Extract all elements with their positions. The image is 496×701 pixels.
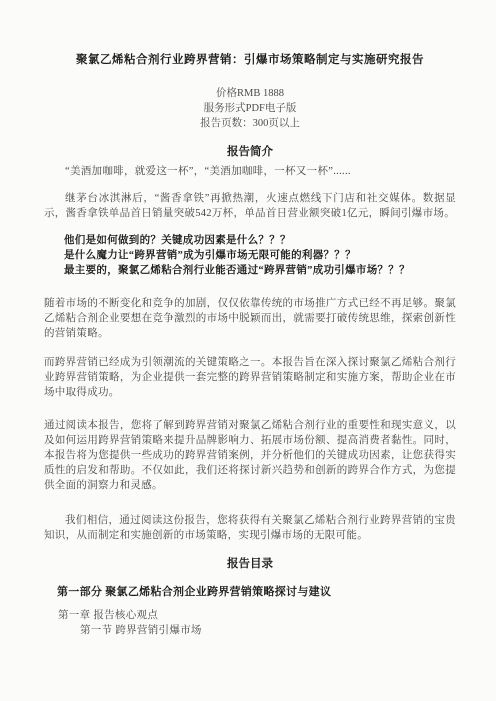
question-line-1: 他们是如何做到的？关键成功因素是什么？？？ [64,233,456,248]
intro-heading: 报告简介 [44,145,456,160]
report-page: 聚氯乙烯粘合剂行业跨界营销：引爆市场策略制定与实施研究报告 价格RMB 1888… [0,0,496,701]
intro-paragraph-4: 我们相信，通过阅读这份报告，您将获得有关聚氯乙烯粘合剂行业跨界营销的宝贵知识，从… [44,513,456,543]
report-meta: 价格RMB 1888 服务形式PDF电子版 报告页数：300页以上 [44,86,456,131]
key-questions: 他们是如何做到的？关键成功因素是什么？？？ 是什么魔力让“跨界营销”成为引爆市场… [64,233,456,278]
intro-paragraph-1: 随着市场的不断变化和竞争的加剧，仅仅依靠传统的市场推广方式已经不再足够。聚氯乙烯… [44,296,456,341]
intro-quote: “美酒加咖啡，就爱这一杯”，“美酒加咖啡，一杯又一杯”...... [44,164,456,179]
intro-paragraph-3: 通过阅读本报告，您将了解到跨界营销对聚氯乙烯粘合剂行业的重要性和现实意义，以及如… [44,418,456,493]
price-line: 价格RMB 1888 [44,86,456,101]
question-line-2: 是什么魔力让“跨界营销”成为引爆市场无限可能的利器？？？ [64,248,456,263]
page-count-line: 报告页数：300页以上 [44,116,456,131]
toc-section-title: 第一节 跨界营销引爆市场 [80,623,456,638]
format-line: 服务形式PDF电子版 [44,101,456,116]
report-title: 聚氯乙烯粘合剂行业跨界营销：引爆市场策略制定与实施研究报告 [44,52,456,68]
question-line-3: 最主要的，聚氯乙烯粘合剂行业能否通过“跨界营销”成功引爆市场？？？ [64,263,456,278]
toc-part-title: 第一部分 聚氯乙烯粘合剂企业跨界营销策略探讨与建议 [57,585,456,600]
intro-lead-paragraph: 继茅台冰淇淋后，“酱香拿铁”再掀热潮，火速点燃线下门店和社交媒体。数据显示，酱香… [44,191,456,221]
intro-paragraph-2: 而跨界营销已经成为引领潮流的关键策略之一。本报告旨在深入探讨聚氯乙烯粘合剂行业跨… [44,355,456,400]
toc-chapter-title: 第一章 报告核心观点 [58,608,456,623]
toc-heading: 报告目录 [44,557,456,572]
